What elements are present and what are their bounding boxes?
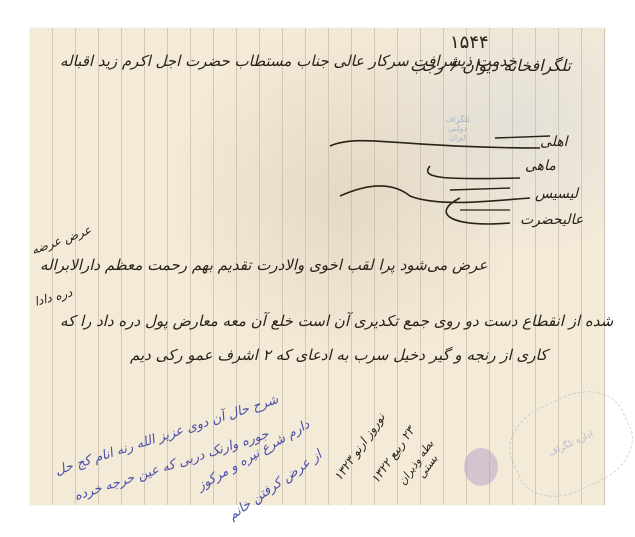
margin-note-2: دره دادا xyxy=(33,285,74,309)
body-line-1: عرض می‌شود پرا لقب اخوی والادرت تقدیم به… xyxy=(40,256,487,274)
header-number: ۱۵۴۴ xyxy=(450,32,489,53)
honorific-2: ماهی xyxy=(525,158,556,174)
body-line-3: کاری از رنجه و گیر دخیل سرب به ادعای که … xyxy=(130,346,547,364)
salutation-line: خدمت ذیشرافت سرکار عالی جناب مستطاب حضرت… xyxy=(60,52,517,70)
body-line-2: شده از انقطاع دست دو روی جمع تکدیری آن ا… xyxy=(60,312,613,330)
oval-seal xyxy=(464,448,498,486)
honorific-4: عالیحضرت xyxy=(520,212,583,228)
telegraph-stamp-bottom: اداره تلگراف xyxy=(496,377,635,512)
document-paper: ۱۵۴۴ تلگرافخانه دیوان ۶ رجب خدمت ذیشرافت… xyxy=(30,28,605,505)
honorific-3: لیسیس xyxy=(535,186,578,202)
honorific-1: اهلی xyxy=(540,134,568,150)
margin-note-1: عرض عرضه xyxy=(29,223,93,258)
